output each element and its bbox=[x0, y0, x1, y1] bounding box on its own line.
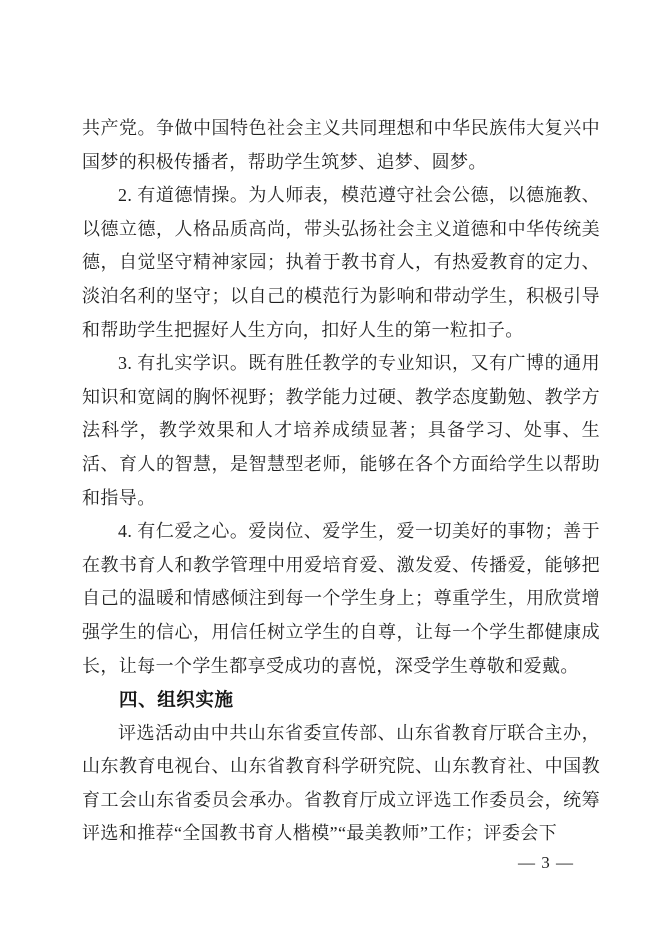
document-body: 共产党。争做中国特色社会主义共同理想和中华民族伟大复兴中国梦的积极传播者，帮助学… bbox=[82, 112, 600, 851]
paragraph-item-3-solid-knowledge: 3. 有扎实学识。既有胜任教学的专业知识，又有广博的通用知识和宽阔的胸怀视野；教… bbox=[82, 347, 600, 515]
paragraph-organization-implementation: 评选活动由中共山东省委宣传部、山东省教育厅联合主办，山东教育电视台、山东省教育科… bbox=[82, 717, 600, 851]
paragraph-continuation: 共产党。争做中国特色社会主义共同理想和中华民族伟大复兴中国梦的积极传播者，帮助学… bbox=[82, 112, 600, 179]
section-heading-organization: 四、组织实施 bbox=[82, 683, 600, 717]
paragraph-item-2-moral-sentiment: 2. 有道德情操。为人师表，模范遵守社会公德，以德施教、以德立德，人格品质高尚，… bbox=[82, 179, 600, 347]
document-page: 共产党。争做中国特色社会主义共同理想和中华民族伟大复兴中国梦的积极传播者，帮助学… bbox=[0, 0, 671, 935]
paragraph-item-4-benevolent-heart: 4. 有仁爱之心。爱岗位、爱学生，爱一切美好的事物；善于在教书育人和教学管理中用… bbox=[82, 515, 600, 683]
page-number: — 3 — bbox=[518, 853, 574, 873]
